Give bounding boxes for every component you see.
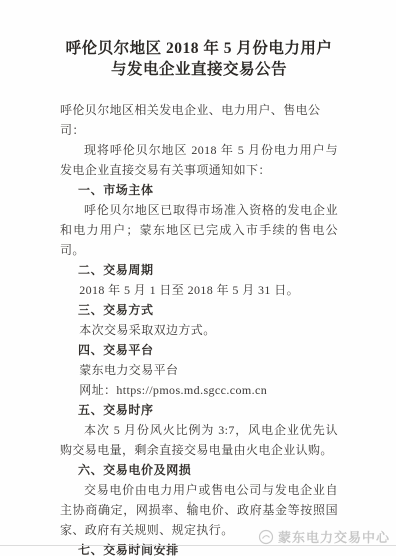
document-content: 呼伦贝尔地区 2018 年 5 月份电力用户 与发电企业直接交易公告 呼伦贝尔地… — [60, 38, 338, 556]
section-paragraph: 2018 年 5 月 1 日至 2018 年 5 月 31 日。 — [60, 280, 338, 300]
section-heading: 二、交易周期 — [60, 260, 338, 280]
page-number: 1 — [188, 500, 192, 509]
section-paragraph: 本次 5 月份风火比例为 3:7，风电企业优先认购交易电量，剩余直接交易电量由火… — [60, 420, 338, 460]
document-page: 呼伦贝尔地区 2018 年 5 月份电力用户 与发电企业直接交易公告 呼伦贝尔地… — [0, 0, 396, 556]
section-paragraph: 本次交易采取双边方式。 — [60, 320, 338, 340]
section-heading: 四、交易平台 — [60, 340, 338, 360]
page-bottom-edge — [0, 545, 396, 546]
watermark: 蒙东电力交易中心 — [258, 527, 390, 546]
section-heading: 三、交易方式 — [60, 300, 338, 320]
document-body: 呼伦贝尔地区相关发电企业、电力用户、售电公司： 现将呼伦贝尔地区 2018 年 … — [60, 100, 338, 556]
document-title: 呼伦贝尔地区 2018 年 5 月份电力用户 与发电企业直接交易公告 — [60, 38, 338, 80]
intro-paragraph: 现将呼伦贝尔地区 2018 年 5 月份电力用户与发电企业直接交易有关事项通知如… — [60, 140, 338, 180]
title-line-2: 与发电企业直接交易公告 — [60, 59, 338, 80]
trading-center-logo-icon — [258, 529, 274, 545]
section-paragraph: 蒙东电力交易平台 — [60, 360, 338, 380]
section-heading: 一、市场主体 — [60, 180, 338, 200]
title-line-1: 呼伦贝尔地区 2018 年 5 月份电力用户 — [60, 38, 338, 59]
section-paragraph: 呼伦贝尔地区已取得市场准入资格的发电企业和电力用户；蒙东地区已完成入市手续的售电… — [60, 200, 338, 260]
section-heading: 五、交易时序 — [60, 400, 338, 420]
salutation: 呼伦贝尔地区相关发电企业、电力用户、售电公司： — [60, 100, 338, 140]
section-paragraph-url: 网址：https://pmos.md.sgcc.com.cn — [60, 380, 338, 400]
section-heading: 六、交易电价及网损 — [60, 460, 338, 480]
watermark-label: 蒙东电力交易中心 — [278, 527, 390, 546]
